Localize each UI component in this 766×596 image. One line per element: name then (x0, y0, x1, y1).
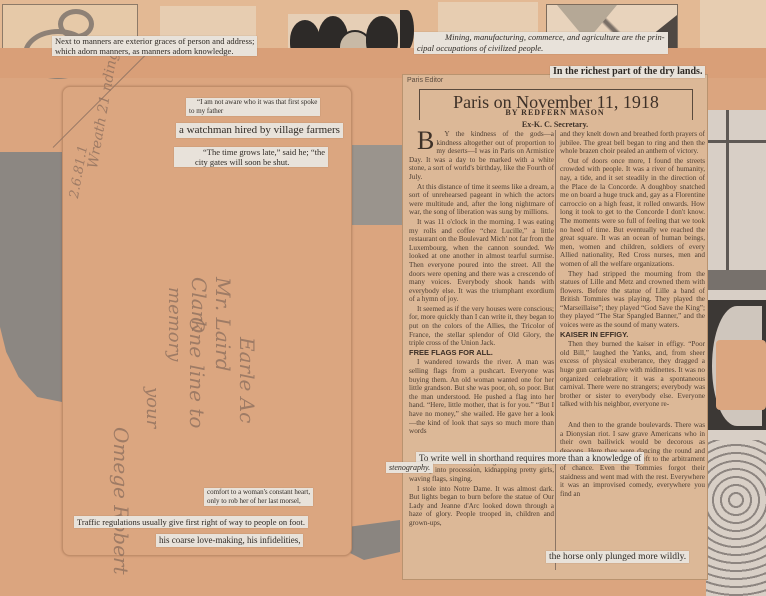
torn-gray-paper-small (352, 145, 402, 225)
slip-shorthand: To write well in shorthand requires more… (416, 452, 644, 464)
slip-dry-lands: In the richest part of the dry lands. (550, 66, 705, 78)
slip-manners: Next to manners are exterior graces of p… (52, 36, 257, 56)
article-paragraph: BY the kindness of the gods—a kindness a… (409, 130, 554, 182)
newspaper-article: Paris Editor Paris on November 11, 1918 … (402, 74, 708, 580)
article-byline: BY REDFERN MASON (403, 108, 707, 117)
article-gap (560, 410, 705, 420)
slip-mining: Mining, manufacturing, commerce, and agr… (414, 32, 668, 54)
drop-cap: B (409, 130, 434, 152)
slip-coarse: his coarse love-making, his infidelities… (156, 534, 303, 547)
quilt-grid-line (706, 140, 766, 143)
article-subhead: KAISER IN EFFIGY. (560, 331, 705, 340)
article-paragraph: They had stripped the mourning from the … (560, 270, 705, 330)
article-subhead: FREE FLAGS FOR ALL. (409, 349, 554, 358)
handwriting-line: One line to (185, 317, 209, 428)
slip-traffic: Traffic regulations usually give first r… (74, 516, 308, 528)
corner-handwriting-date: 2.6.81.1 (67, 144, 91, 200)
slip-time-grows-late: “The time grows late,” said he; “the cit… (174, 147, 328, 167)
article-paragraph: I stole into Notre Dame. It was almost d… (409, 485, 554, 528)
article-paragraph: At this distance of time it seems like a… (409, 183, 554, 217)
slip-watchman: a watchman hired by village farmers (176, 123, 343, 138)
article-subline: Ex-K. C. Secretary. (403, 120, 707, 129)
handwriting-line: memory (164, 287, 185, 361)
article-paragraph: Then they burned the kaiser in effigy. “… (560, 340, 705, 409)
article-column-2: and they knelt down and breathed forth p… (555, 130, 705, 570)
article-column-1: BY the kindness of the gods—a kindness a… (409, 130, 554, 570)
article-kicker: Paris Editor (407, 77, 443, 84)
quilt-grid-line (726, 110, 729, 280)
black-leaf-left (400, 10, 414, 50)
article-paragraph: Out of doors once more, I found the stre… (560, 157, 705, 269)
article-paragraph: It was 11 o'clock in the morning. I was … (409, 218, 554, 304)
article-paragraph: and they knelt down and breathed forth p… (560, 130, 705, 156)
quilt-pattern-strip (706, 110, 766, 596)
slip-not-aware: “I am not aware who it was that first sp… (186, 98, 320, 116)
slip-horse: the horse only plunged more wildly. (546, 551, 689, 563)
article-paragraph: It seemed as if the very houses were con… (409, 305, 554, 348)
slip-stenography: stenography. (386, 462, 433, 473)
quilt-floral-panel (706, 440, 766, 596)
handwriting-line: Omege Robert (109, 427, 133, 575)
torn-tan-patch (716, 340, 766, 410)
quilt-band (706, 270, 766, 290)
handwriting-line: your (142, 387, 163, 428)
article-paragraph: I wandered towards the river. A man was … (409, 358, 554, 435)
handwriting-line: Earle Ac (235, 337, 259, 423)
slip-comfort: comfort to a woman's constant heart, onl… (204, 488, 313, 506)
